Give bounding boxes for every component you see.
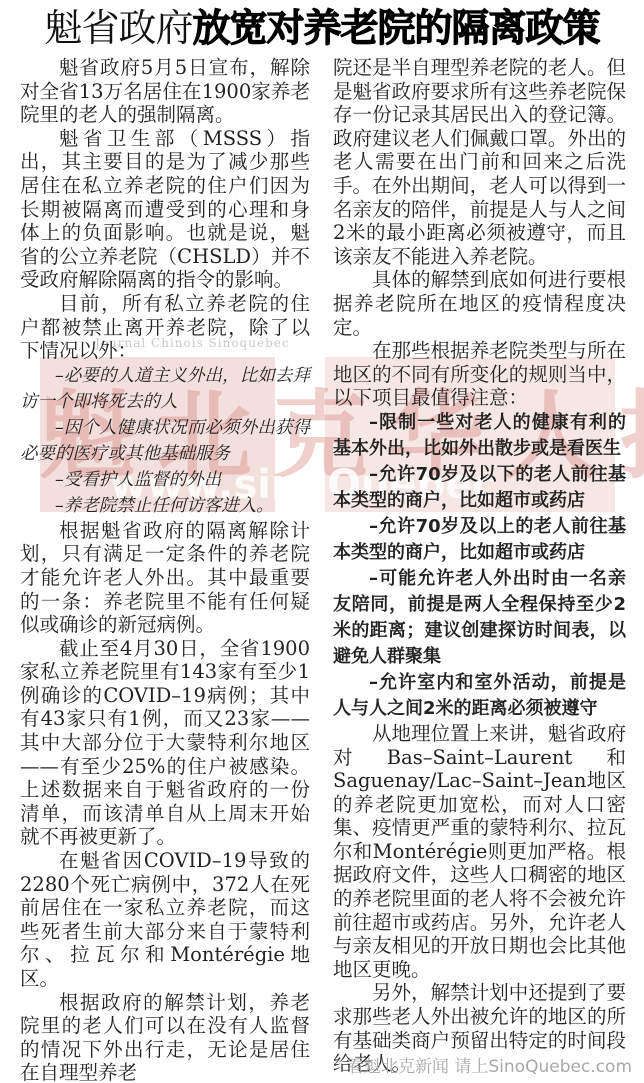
footer-site-promo: 看魁北克新闻 请上SinoQuebec.com	[347, 1052, 632, 1077]
headline-light-part: 魁省政府	[44, 6, 192, 50]
paragraph-continued: 院还是半自理型养老院的老人。但是魁省政府要求所有这些养老院保存一份记录其居民出入…	[333, 56, 626, 268]
paragraph: 截止至4月30日，全省1900家私立养老院里有143家有至少1例确诊的COVID…	[20, 637, 310, 849]
paragraph: 魁省卫生部（MSSS）指出，其主要目的是为了减少那些居住在私立养老院的住户们因为…	[20, 127, 310, 292]
paragraph: 在魁省因COVID–19导致的2280个死亡病例中，372人在死前居住在一家私立…	[20, 849, 310, 991]
exception-item: –受看护人监督的外出	[20, 467, 310, 493]
headline-bold-part: 放宽对养老院的隔离政策	[193, 6, 600, 50]
exception-item: –必要的人道主义外出，比如去拜访一个即将死去的人	[20, 363, 310, 415]
paragraph: 根据政府的解禁计划，养老院里的老人们可以在没有人监督的情况下外出行走，无论是居住…	[20, 991, 310, 1083]
exception-item: –养老院禁止任何访客进入。	[20, 493, 310, 519]
paragraph: 从地理位置上来讲，魁省政府对Bas–Saint–Laurent和Saguenay…	[333, 722, 626, 982]
right-column: 院还是半自理型养老院的老人。但是魁省政府要求所有这些养老院保存一份记录其居民出入…	[333, 56, 626, 1076]
article-headline: 魁省政府放宽对养老院的隔离政策	[0, 4, 644, 52]
rule-item: –限制一些对老人的健康有利的基本外出，比如外出散步或是看医生	[333, 410, 626, 462]
paragraph: 目前，所有私立养老院的住户都被禁止离开养老院，除了以下情况以外：	[20, 292, 310, 363]
paragraph: 具体的解禁到底如何进行要根据养老院所在地区的疫情程度决定。	[333, 268, 626, 339]
rule-item: –允许室内和室外活动，前提是人与人之间2米的距离必须被遵守	[333, 670, 626, 722]
paragraph: 魁省政府5月5日宣布，解除对全省13万名居住在1900家养老院里的老人的强制隔离…	[20, 56, 310, 127]
rule-item: –可能允许老人外出时由一名亲友陪同，前提是两人全程保持至少2米的距离；建议创建探…	[333, 566, 626, 670]
paragraph: 根据魁省政府的隔离解除计划，只有满足一定条件的养老院才能允许老人外出。其中最重要…	[20, 519, 310, 637]
left-column: 魁省政府5月5日宣布，解除对全省13万名居住在1900家养老院里的老人的强制隔离…	[20, 56, 310, 1083]
rule-item: –允许70岁及以上的老人前往基本类型的商户，比如超市或药店	[333, 514, 626, 566]
rule-item: –允许70岁及以下的老人前往基本类型的商户，比如超市或药店	[333, 462, 626, 514]
paragraph: 在那些根据养老院类型与所在地区的不同有所变化的规则当中，以下项目最值得注意：	[333, 339, 626, 410]
exception-item: –因个人健康状况而必须外出获得必要的医疗或其他基础服务	[20, 415, 310, 467]
